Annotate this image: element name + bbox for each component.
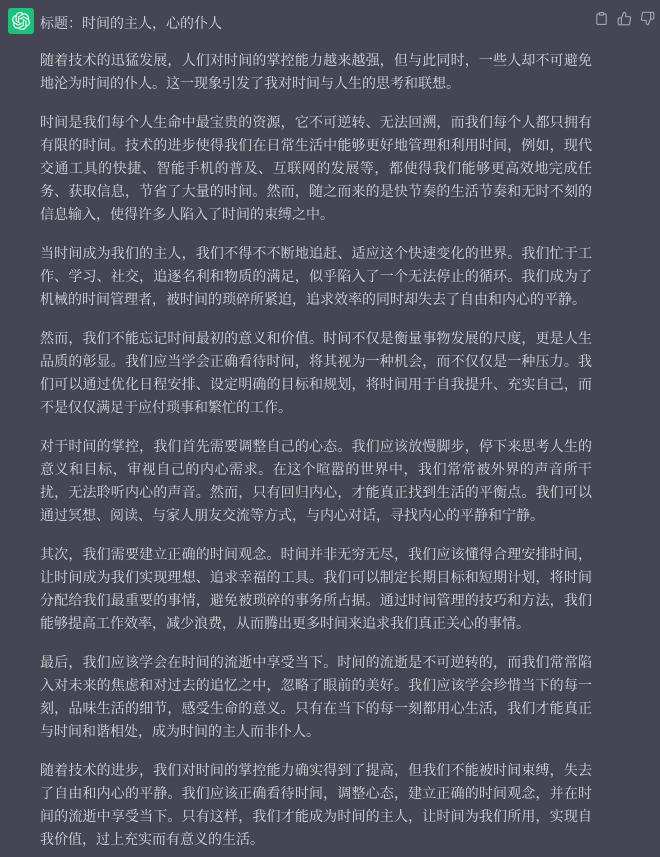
thumbs-down-button[interactable] xyxy=(640,11,655,26)
copy-button[interactable] xyxy=(594,11,609,26)
paragraph: 随着技术的迅猛发展，人们对时间的掌控能力越来越强，但与此同时，一些人却不可避免地… xyxy=(40,49,592,95)
message-title: 标题：时间的主人，心的仆人 xyxy=(40,12,592,35)
paragraph: 然而，我们不能忘记时间最初的意义和价值。时间不仅是衡量事物发展的尺度，更是人生品… xyxy=(40,327,592,419)
thumbs-up-button[interactable] xyxy=(617,11,632,26)
thumbs-up-icon xyxy=(617,11,632,26)
assistant-message: 标题：时间的主人，心的仆人 随着技术的迅猛发展，人们对时间的掌控能力越来越强，但… xyxy=(0,0,660,857)
paragraph: 最后，我们应该学会在时间的流逝中享受当下。时间的流逝是不可逆转的，而我们常常陷入… xyxy=(40,651,592,743)
paragraph: 其次，我们需要建立正确的时间观念。时间并非无穷无尽，我们应该懂得合理安排时间，让… xyxy=(40,543,592,635)
clipboard-icon xyxy=(594,11,609,26)
openai-logo-icon xyxy=(12,12,30,30)
thumbs-down-icon xyxy=(640,11,655,26)
paragraph: 时间是我们每个人生命中最宝贵的资源，它不可逆转、无法回溯，而我们每个人都只拥有有… xyxy=(40,111,592,226)
message-actions xyxy=(594,11,655,26)
paragraph: 当时间成为我们的主人，我们不得不不断地追赶、适应这个快速变化的世界。我们忙于工作… xyxy=(40,242,592,311)
paragraph: 对于时间的掌控，我们首先需要调整自己的心态。我们应该放慢脚步，停下来思考人生的意… xyxy=(40,435,592,527)
message-content: 标题：时间的主人，心的仆人 随着技术的迅猛发展，人们对时间的掌控能力越来越强，但… xyxy=(40,12,592,851)
assistant-avatar xyxy=(8,8,34,34)
paragraph: 随着技术的进步，我们对时间的掌控能力确实得到了提高，但我们不能被时间束缚，失去了… xyxy=(40,759,592,851)
